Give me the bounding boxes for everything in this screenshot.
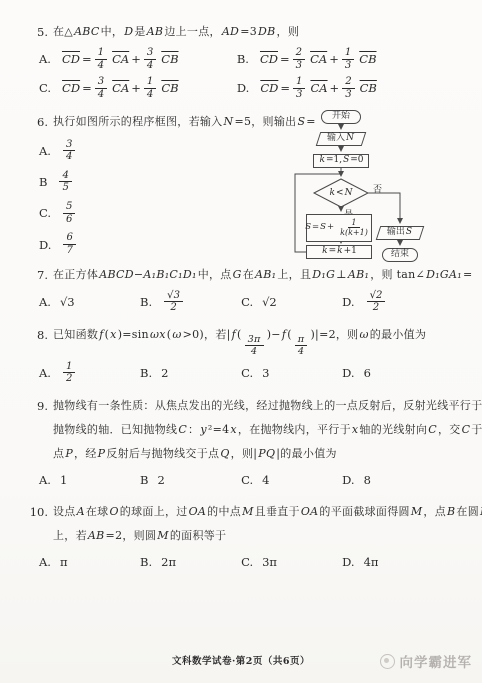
option-B: B.2π	[140, 551, 241, 573]
option-D: D.4π	[342, 551, 443, 573]
option-value: 12	[60, 361, 78, 385]
math-variable: AB₁	[348, 268, 369, 281]
option-value: 8	[364, 473, 371, 487]
question-8: 8.已知函数f(x)=sinωx(ω>0)，若|f(3π4)−f(π4)|=2，…	[24, 323, 460, 385]
option-value: 45	[56, 170, 74, 194]
math-variable: k	[319, 156, 324, 165]
watermark: 向学霸进军	[380, 651, 473, 671]
flowchart-output-node: 输出S	[378, 226, 422, 240]
math-text: 执行如图所示的程序框图，若输入	[53, 115, 223, 128]
math-variable: ωx	[150, 328, 166, 341]
math-text: ，点	[423, 505, 446, 518]
math-text: <	[336, 188, 344, 198]
option-label: B	[39, 175, 47, 189]
math-text: 的平面截球面得圆	[319, 505, 409, 518]
option-label: B	[140, 473, 148, 487]
math-text: =	[312, 223, 319, 232]
question-stem-line: 抛物线有一条性质：从焦点发出的光线，经过抛物线上的一点反射后，反射光线平行于	[53, 394, 460, 418]
math-text: 于	[471, 423, 482, 436]
option-value: CD=34CA+14CB	[60, 76, 181, 100]
fraction: 1k(k+1)	[337, 218, 371, 237]
fraction-denominator: 4	[144, 60, 156, 72]
math-text: 抛物线有一条性质：从焦点发出的光线，经过抛物线上的一点反射后，反射光线平行于	[53, 399, 482, 412]
fraction-numerator: 2	[342, 76, 354, 89]
question-stem-line: 上，若AB=2，则圆M的面积等于	[53, 524, 460, 548]
fraction-numerator: 1	[293, 76, 305, 89]
fraction: 13	[293, 76, 305, 100]
option-value: CD=13CA+23CB	[258, 76, 379, 100]
question-10: 10.设点A在球O的球面上，过OA的中点M且垂直于OA的平面截球面得圆M，点B在…	[24, 500, 460, 573]
math-text: >0)，若|	[183, 328, 231, 341]
math-text: ，在抛物线内，平行于	[238, 423, 351, 436]
math-text: 8	[364, 473, 371, 487]
math-text: ，则|	[231, 447, 258, 460]
math-vector: CA	[310, 52, 327, 66]
math-text: 输出	[387, 227, 405, 237]
fraction-numerator: 3	[144, 47, 156, 60]
math-text: =	[82, 52, 92, 66]
math-text: =2，则圆	[106, 529, 157, 542]
math-text: =	[280, 52, 290, 66]
math-text: 边上一点，	[164, 25, 221, 38]
math-text: 2π	[161, 555, 176, 569]
math-text: 4π	[364, 555, 379, 569]
flowchart-increment-node: k=k+1	[306, 245, 372, 259]
question-body: 设点A在球O的球面上，过OA的中点M且垂直于OA的平面截球面得圆M，点B在圆M上…	[53, 500, 460, 573]
math-text: 且垂直于	[255, 505, 300, 518]
math-text: ，交	[438, 423, 461, 436]
math-variable: ABCD−A₁B₁C₁D₁	[99, 268, 197, 281]
fraction-numerator: √2	[367, 290, 386, 303]
math-text: 2	[161, 366, 168, 380]
option-label: C.	[241, 295, 253, 309]
option-value: CD=14CA+34CB	[60, 47, 181, 71]
math-variable: C	[178, 423, 187, 436]
fraction: 56	[63, 201, 75, 225]
option-A: A.√3	[39, 290, 140, 314]
math-variable: S	[343, 156, 349, 165]
math-text: 4	[262, 473, 269, 487]
exam-page: 5.在△ABC中，D是AB边上一点，AD=3DB，则A.CD=14CA+34CB…	[0, 0, 482, 683]
fraction-denominator: 2	[63, 373, 75, 385]
fraction: 67	[63, 232, 75, 256]
option-C: C.3π	[241, 551, 342, 573]
question-stem-line: 设点A在球O的球面上，过OA的中点M且垂直于OA的平面截球面得圆M，点B在圆M	[53, 500, 460, 524]
question-body: 抛物线有一条性质：从焦点发出的光线，经过抛物线上的一点反射后，反射光线平行于抛物…	[53, 394, 460, 491]
option-label: A.	[39, 555, 51, 569]
flowchart-start-node: 开始	[321, 110, 361, 124]
math-text: ：	[188, 423, 199, 436]
math-variable: AD	[222, 25, 239, 38]
math-text: 已知函数	[53, 328, 98, 341]
option-label: D.	[342, 555, 354, 569]
fraction: 34	[63, 139, 75, 163]
option-A: A.12	[39, 361, 140, 385]
math-variable: f	[232, 328, 236, 341]
fraction: 34	[144, 47, 156, 71]
option-A: A.π	[39, 551, 140, 573]
fraction-denominator: 3	[293, 60, 305, 72]
question-5: 5.在△ABC中，D是AB边上一点，AD=3DB，则A.CD=14CA+34CB…	[24, 20, 460, 101]
fraction-numerator: 5	[63, 201, 75, 214]
option-label: A.	[39, 473, 51, 487]
option-value: 56	[60, 201, 78, 225]
fraction-denominator: 7	[63, 245, 75, 257]
math-variable: ω	[172, 328, 181, 341]
math-text: =3	[240, 25, 257, 38]
option-C: C.4	[241, 469, 342, 491]
math-variable: G	[233, 268, 242, 281]
fraction: 14	[95, 47, 107, 71]
math-text: 抛物线的轴．已知抛物线	[53, 423, 177, 436]
fraction-numerator: 1	[342, 47, 354, 60]
option-value: π	[60, 555, 68, 569]
math-variable: AB	[88, 529, 105, 542]
fraction-denominator: 4	[295, 346, 307, 357]
option-label: A.	[39, 295, 51, 309]
math-variable: P	[65, 447, 73, 460]
math-vector: CA	[112, 81, 129, 95]
fraction-denominator: 3	[342, 89, 354, 101]
math-text: ²=4	[208, 423, 230, 436]
math-variable: M	[242, 505, 254, 518]
page-footer-row: 文科数学试卷·第2页（共6页） 向学霸进军	[0, 653, 482, 673]
math-variable: P	[98, 447, 106, 460]
option-value: √2	[262, 295, 277, 309]
math-variable: OA	[301, 505, 319, 518]
math-vector: CB	[360, 81, 377, 95]
math-text: 轴的光线射向	[359, 423, 427, 436]
math-text: ，则 tan∠	[370, 268, 425, 281]
option-value: √22	[364, 290, 389, 314]
option-label: D.	[39, 238, 51, 252]
math-variable: C	[428, 423, 437, 436]
math-text: ，经	[74, 447, 97, 460]
option-value: 3	[262, 366, 269, 380]
option-B: B2	[140, 469, 241, 491]
option-label: C.	[39, 81, 51, 95]
math-vector: CB	[359, 52, 376, 66]
option-C: C.CD=34CA+14CB	[39, 76, 237, 100]
math-text: 3π	[262, 555, 277, 569]
math-text: 在球	[86, 505, 109, 518]
math-vector: CD	[62, 52, 80, 66]
math-text: ，则	[277, 25, 300, 38]
math-vector: CD	[260, 81, 278, 95]
math-variable: A	[77, 505, 85, 518]
fraction-numerator: 2	[293, 47, 305, 60]
fraction-numerator: √3	[164, 290, 183, 303]
math-text: 在正方体	[53, 268, 98, 281]
fraction: 23	[342, 76, 354, 100]
option-label: C.	[241, 555, 253, 569]
fraction-numerator: π	[295, 334, 308, 346]
option-D: D.√22	[342, 290, 443, 314]
option-value: CD=23CA+13CB	[258, 47, 379, 71]
math-text: 的面积等于	[170, 529, 227, 542]
option-label: D.	[237, 81, 249, 95]
fraction-denominator: 4	[248, 346, 260, 357]
question-body: 在△ABC中，D是AB边上一点，AD=3DB，则A.CD=14CA+34CBB.…	[53, 20, 460, 101]
math-variable: x	[352, 423, 359, 436]
math-variable: x	[230, 423, 237, 436]
option-label: B.	[237, 52, 249, 66]
option-label: A.	[39, 52, 51, 66]
question-6: 6.执行如图所示的程序框图，若输入N=5，则输出S=A.34B45C.56D.6…	[24, 110, 460, 257]
fraction-denominator: 2	[370, 302, 382, 314]
math-variable: DB	[258, 25, 276, 38]
option-value: 2π	[161, 555, 176, 569]
math-variable: f	[282, 328, 286, 341]
math-variable: D	[124, 25, 133, 38]
question-stem-line: 已知函数f(x)=sinωx(ω>0)，若|f(3π4)−f(π4)|=2，则ω…	[53, 323, 460, 358]
watermark-text: 向学霸进军	[400, 651, 473, 671]
option-value: 4π	[364, 555, 379, 569]
math-text: )|=2，则	[310, 328, 358, 341]
math-variable: S	[305, 223, 311, 232]
question-body: 已知函数f(x)=sinωx(ω>0)，若|f(3π4)−f(π4)|=2，则ω…	[53, 323, 460, 385]
fraction-numerator: 3π	[245, 334, 264, 346]
math-text: =	[280, 81, 290, 95]
math-variable: AB₁	[255, 268, 276, 281]
fraction: 14	[144, 76, 156, 100]
option-A: A.CD=14CA+34CB	[39, 47, 237, 71]
math-text: +1	[344, 247, 357, 256]
option-label: B.	[140, 366, 152, 380]
option-value: √32	[161, 290, 186, 314]
option-value: 34	[60, 139, 78, 163]
fraction: 45	[59, 170, 71, 194]
fraction-numerator: 4	[59, 170, 71, 183]
fraction: 12	[63, 361, 75, 385]
option-label: A.	[39, 144, 51, 158]
math-variable: N	[224, 115, 234, 128]
options-group: A.12B.2C.3D.6	[39, 361, 460, 385]
math-variable: k	[322, 247, 327, 256]
math-text: (	[167, 328, 172, 341]
option-label: D.	[342, 295, 354, 309]
option-B: B.2	[140, 361, 241, 385]
math-text: 在圆	[456, 505, 479, 518]
math-text: 设点	[53, 505, 76, 518]
option-label: D.	[342, 473, 354, 487]
flowchart-no-label: 否	[373, 182, 382, 195]
math-variable: Q	[220, 447, 229, 460]
math-vector: CB	[161, 52, 178, 66]
math-text: 在	[243, 268, 254, 281]
option-label: B.	[140, 295, 152, 309]
fraction: √22	[367, 290, 386, 314]
math-text: )−	[267, 328, 281, 341]
math-text: =	[82, 81, 92, 95]
math-text: 的球面上，过	[120, 505, 188, 518]
question-list: 5.在△ABC中，D是AB边上一点，AD=3DB，则A.CD=14CA+34CB…	[24, 20, 460, 573]
option-label: C.	[39, 206, 51, 220]
fraction-numerator: 3	[63, 139, 75, 152]
math-variable: S	[320, 223, 326, 232]
fraction-denominator: 4	[63, 151, 75, 163]
math-text: =1,	[326, 156, 342, 165]
fraction: 3π4	[245, 334, 264, 357]
math-variable: S	[406, 227, 412, 237]
fraction-denominator: 4	[95, 60, 107, 72]
option-label: C.	[241, 366, 253, 380]
math-variable: N	[346, 133, 354, 143]
math-variable: OA	[189, 505, 207, 518]
fraction: 34	[95, 76, 107, 100]
question-9: 9.抛物线有一条性质：从焦点发出的光线，经过抛物线上的一点反射后，反射光线平行于…	[24, 394, 460, 491]
math-text: ⊥	[336, 268, 347, 281]
option-value: 2	[161, 366, 168, 380]
math-variable: ω	[359, 328, 368, 341]
math-text: +	[329, 52, 339, 66]
math-text: 的最小值为	[370, 328, 427, 341]
math-text: √3	[60, 295, 75, 309]
option-label: D.	[342, 366, 354, 380]
option-B: B.CD=23CA+13CB	[237, 47, 460, 71]
option-D: D.CD=13CA+23CB	[237, 76, 460, 100]
math-text: 中，	[101, 25, 124, 38]
fraction-numerator: 3	[95, 76, 107, 89]
flowchart-end-node: 结束	[382, 248, 418, 262]
fraction: π4	[295, 334, 308, 357]
math-variable: PQ	[258, 447, 275, 460]
flowchart-output-label: 输出S	[387, 228, 413, 237]
question-7: 7.在正方体ABCD−A₁B₁C₁D₁中，点G在AB₁上，且D₁G⊥AB₁，则 …	[24, 263, 460, 314]
math-text: 中，点	[198, 268, 232, 281]
math-vector: CA	[310, 81, 327, 95]
math-variable: AB	[147, 25, 164, 38]
math-variable: N	[345, 188, 353, 198]
math-variable: B	[447, 505, 455, 518]
math-variable: y	[200, 423, 207, 436]
option-label: A.	[39, 366, 51, 380]
math-text: (	[237, 328, 242, 341]
fraction: √32	[164, 290, 183, 314]
math-text: =0	[350, 156, 363, 165]
math-variable: D₁GA₁	[426, 268, 462, 281]
math-vector: CD	[62, 81, 80, 95]
math-text: )=sin	[118, 328, 149, 341]
option-value: 4	[262, 473, 269, 487]
fraction-denominator: 2	[167, 302, 179, 314]
math-variable: M	[157, 529, 169, 542]
option-A: A.1	[39, 469, 140, 491]
math-variable: C	[462, 423, 471, 436]
flowchart-input-label: 输入N	[327, 134, 355, 143]
math-text: 反射后与抛物线交于点	[106, 447, 219, 460]
math-text: 6	[364, 366, 371, 380]
options-group: A.πB.2πC.3πD.4π	[39, 551, 460, 573]
question-stem-line: 在△ABC中，D是AB边上一点，AD=3DB，则	[53, 20, 460, 44]
option-value: 1	[60, 473, 67, 487]
math-vector: CD	[260, 52, 278, 66]
math-variable: M	[411, 505, 423, 518]
option-value: 6	[364, 366, 371, 380]
math-variable: D₁G	[312, 268, 335, 281]
math-text: 的中点	[207, 505, 241, 518]
option-label: C.	[241, 473, 253, 487]
math-text: +	[131, 81, 141, 95]
option-C: C.√2	[241, 290, 342, 314]
math-text: 3	[262, 366, 269, 380]
math-text: +	[330, 81, 340, 95]
math-text: +	[327, 223, 334, 232]
fraction: 23	[293, 47, 305, 71]
fraction-numerator: 6	[63, 232, 75, 245]
math-text: |的最小值为	[276, 447, 337, 460]
math-text: 在△	[53, 25, 73, 38]
fraction-denominator: 4	[95, 89, 107, 101]
math-text: 上，且	[277, 268, 311, 281]
math-text: 2	[157, 473, 164, 487]
question-body: 在正方体ABCD−A₁B₁C₁D₁中，点G在AB₁上，且D₁G⊥AB₁，则 ta…	[53, 263, 460, 314]
option-value: 3π	[262, 555, 277, 569]
fraction-numerator: 1	[144, 76, 156, 89]
math-variable: ABC	[74, 25, 100, 38]
question-stem-line: 抛物线的轴．已知抛物线C：y²=4x，在抛物线内，平行于x轴的光线射向C，交C于	[53, 418, 460, 442]
math-text: (	[105, 328, 110, 341]
fraction-denominator: 4	[144, 89, 156, 101]
option-label: B.	[140, 555, 152, 569]
fraction-numerator: 1	[63, 361, 75, 374]
math-text: π	[60, 555, 68, 569]
option-B: B.√32	[140, 290, 241, 314]
flowchart-input-node: 输入N	[318, 132, 364, 146]
options-group: A.1B2C.4D.8	[39, 469, 460, 491]
math-variable: x	[110, 328, 117, 341]
math-text: +	[131, 52, 141, 66]
fraction-denominator: k(k+1)	[337, 228, 371, 237]
flowchart-init-node: k=1, S=0	[313, 154, 369, 168]
option-D: D.6	[342, 361, 443, 385]
question-stem-line: 在正方体ABCD−A₁B₁C₁D₁中，点G在AB₁上，且D₁G⊥AB₁，则 ta…	[53, 263, 460, 287]
math-text: =	[463, 268, 473, 281]
math-variable: O	[109, 505, 118, 518]
option-value: 2	[157, 473, 164, 487]
math-variable: k	[337, 247, 342, 256]
options-group: A.CD=14CA+34CBB.CD=23CA+13CBC.CD=34CA+14…	[39, 47, 460, 101]
math-variable: k	[330, 188, 335, 198]
option-value: √3	[60, 295, 75, 309]
options-group: A.√3B.√32C.√2D.√22	[39, 290, 460, 314]
fraction-denominator: 3	[293, 89, 305, 101]
flowchart: 开始 输入N k=1, S=0 k<N 是 否 S=S+1k(k+1) k=k+…	[286, 108, 436, 266]
math-text: 上，若	[53, 529, 87, 542]
math-text: √2	[262, 295, 277, 309]
math-vector: CB	[161, 81, 178, 95]
math-text: 1	[60, 473, 67, 487]
math-vector: CA	[112, 52, 129, 66]
option-C: C.3	[241, 361, 342, 385]
math-text: 是	[134, 25, 145, 38]
fraction-numerator: 1	[95, 47, 107, 60]
flowchart-body-node: S=S+1k(k+1)	[306, 214, 372, 242]
fraction: 13	[342, 47, 354, 71]
math-variable: f	[99, 328, 103, 341]
math-text: =	[329, 247, 337, 256]
math-text: 输入	[327, 133, 345, 143]
math-text: 点	[53, 447, 64, 460]
watermark-logo-icon	[380, 654, 395, 669]
fraction-denominator: 3	[342, 60, 354, 72]
question-stem-line: 点P，经P反射后与抛物线交于点Q，则|PQ|的最小值为	[53, 442, 460, 466]
fraction-denominator: 5	[59, 182, 71, 194]
math-text: (	[287, 328, 292, 341]
flowchart-condition-label: k<N	[326, 188, 356, 198]
fraction-denominator: 6	[63, 214, 75, 226]
option-value: 67	[60, 232, 78, 256]
